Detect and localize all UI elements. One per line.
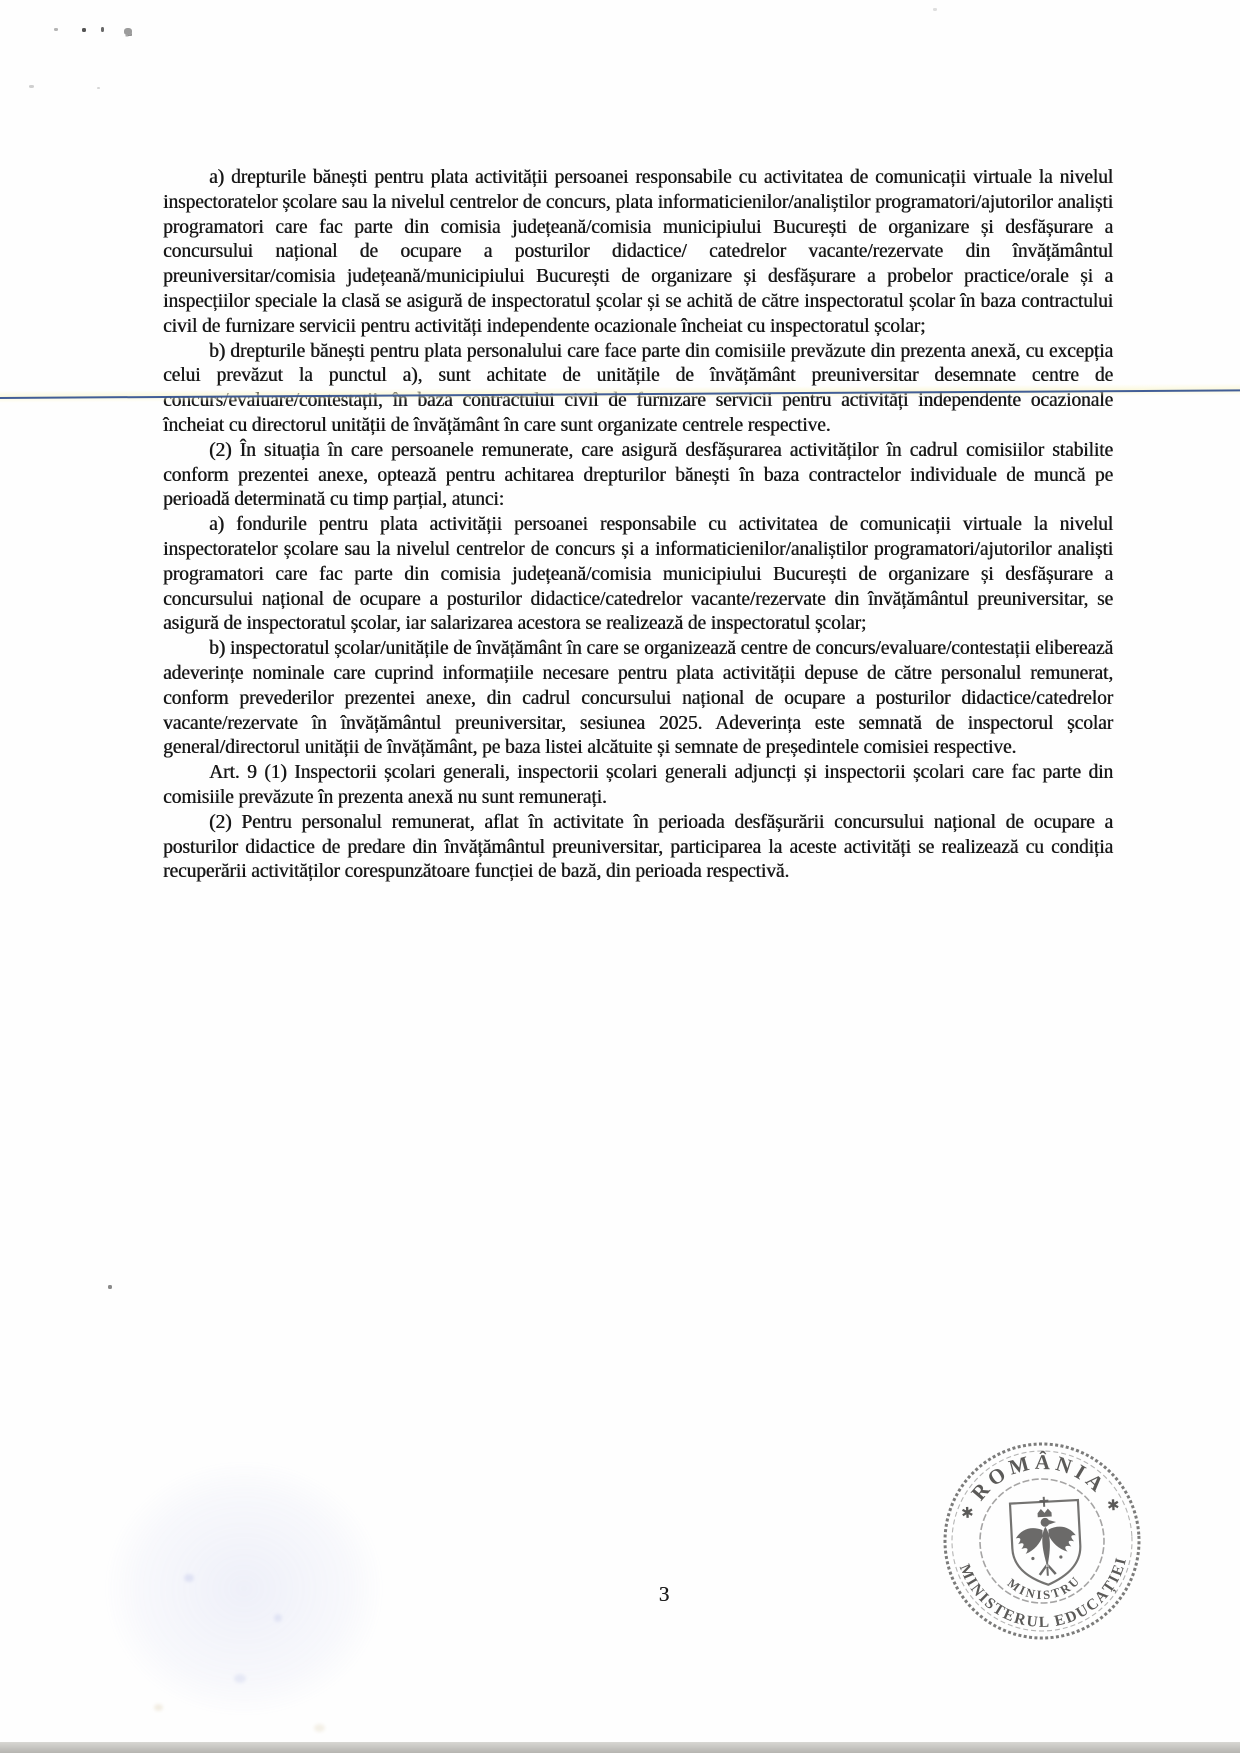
stamp-country-text: ROMÂNIA xyxy=(964,1446,1112,1506)
stamp-inner-ring xyxy=(977,1476,1107,1606)
document-page: a) drepturile bănești pentru plata activ… xyxy=(0,0,1240,1753)
scan-speck xyxy=(101,27,104,32)
page-number: 3 xyxy=(649,1582,679,1607)
text-block: a) drepturile bănești pentru plata activ… xyxy=(163,166,1113,885)
paragraph-1a: a) drepturile bănești pentru plata activ… xyxy=(163,166,1113,340)
stamp-outer-ring-inner-edge xyxy=(947,1446,1136,1635)
scan-speck xyxy=(82,28,86,32)
scan-speck xyxy=(124,28,132,35)
scan-speck xyxy=(29,85,34,88)
stamp-star-right-icon: ✱ xyxy=(1107,1498,1120,1515)
scan-speck xyxy=(54,28,58,31)
scan-speck xyxy=(933,8,937,11)
coat-of-arms-eagle xyxy=(1014,1495,1078,1577)
stamp-shield xyxy=(1010,1495,1083,1586)
svg-text:MINISTRU: MINISTRU xyxy=(1004,1572,1084,1604)
faint-stamp-watermark xyxy=(64,1424,424,1753)
scan-edge-band xyxy=(0,1742,1240,1753)
paragraph-art9-1: Art. 9 (1) Inspectorii școlari generali,… xyxy=(163,761,1113,811)
paragraph-2b: b) inspectoratul școlar/unitățile de înv… xyxy=(163,637,1113,761)
svg-text:ROMÂNIA: ROMÂNIA xyxy=(964,1446,1112,1506)
ministry-round-stamp: ROMÂNIA MINISTERUL EDUCAȚIEI MINISTRU ✱ … xyxy=(931,1430,1154,1653)
scan-speck xyxy=(97,87,100,89)
scan-speck xyxy=(108,1285,112,1289)
stamp-title-text: MINISTRU xyxy=(1004,1572,1084,1604)
stamp-star-left-icon: ✱ xyxy=(961,1506,974,1523)
paragraph-2: (2) În situația în care persoanele remun… xyxy=(163,439,1113,513)
paragraph-2a: a) fondurile pentru plata activității pe… xyxy=(163,513,1113,637)
paragraph-art9-2: (2) Pentru personalul remunerat, aflat î… xyxy=(163,811,1113,885)
